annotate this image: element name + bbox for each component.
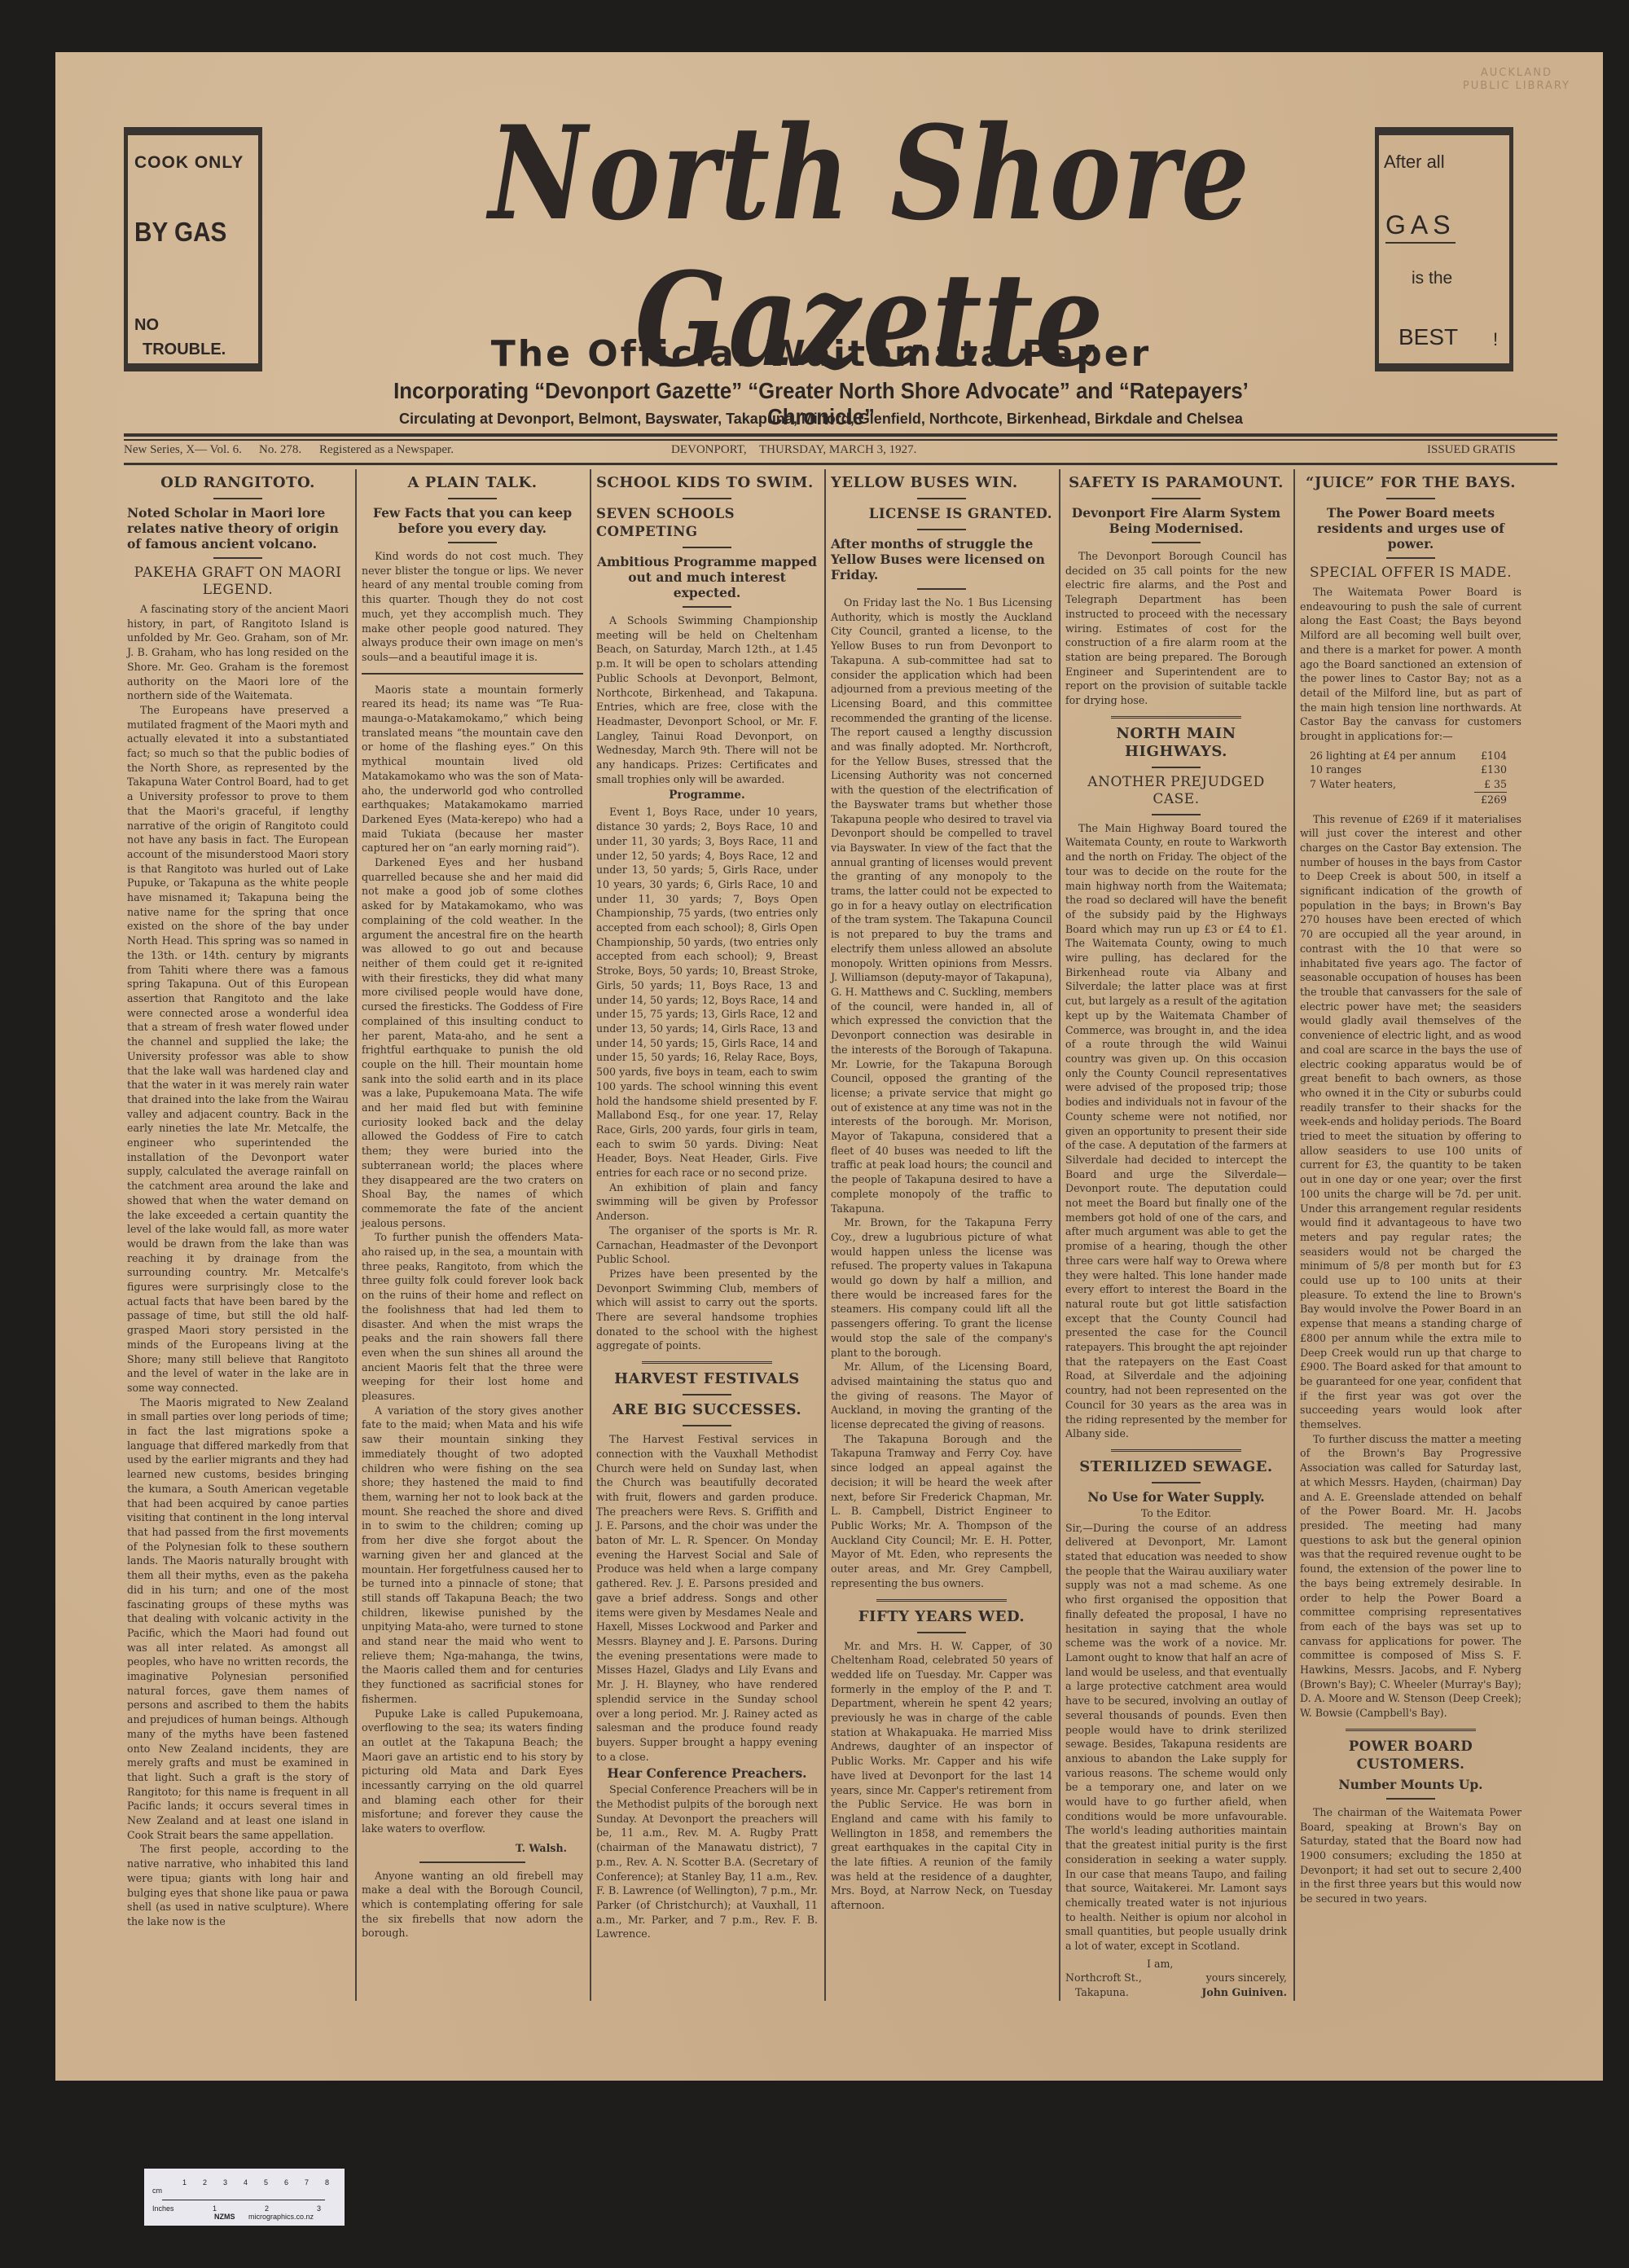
column-2: A PLAIN TALK. Few Facts that you can kee… [362, 469, 583, 1941]
rule [1386, 498, 1435, 499]
rule [683, 498, 731, 499]
issue-date: THURSDAY, MARCH 3, 1927. [759, 443, 916, 457]
cm-tick: 5 [264, 2178, 268, 2187]
right-ear-line5: ! [1493, 329, 1498, 350]
programme-label: Programme. [596, 788, 818, 803]
deck-safety: Devonport Fire Alarm System Being Modern… [1065, 505, 1287, 536]
rule [448, 542, 497, 543]
column-divider [355, 469, 357, 2001]
deck-rangitoto: Noted Scholar in Maori lore relates nati… [127, 505, 349, 552]
rule [1152, 1482, 1201, 1483]
headline-school-kids: SCHOOL KIDS TO SWIM. [596, 474, 818, 492]
cm-label: cm [152, 2187, 162, 2195]
deck-juice: The Power Board meets residents and urge… [1300, 505, 1521, 552]
column-divider [1059, 469, 1060, 2001]
ledger-total-row: £269 [1310, 793, 1521, 807]
column-6: “JUICE” FOR THE BAYS. The Power Board me… [1300, 469, 1521, 1906]
column-divider [1293, 469, 1295, 2001]
rule [683, 1394, 731, 1396]
deck-customers: Number Mounts Up. [1300, 1777, 1521, 1792]
rule [917, 498, 966, 499]
ruler-brand: NZMS micrographics.co.nz [214, 2213, 314, 2221]
column-1: OLD RANGITOTO. Noted Scholar in Maori lo… [127, 469, 349, 1929]
headline-yellow-buses: YELLOW BUSES WIN. [831, 474, 1052, 492]
series-volume: New Series, X— Vol. 6. [124, 443, 242, 457]
ledger-row: 7 Water heaters,£ 35 [1310, 777, 1521, 792]
paragraph: Pupuke Lake is called Pupukemoana, overf… [362, 1707, 583, 1836]
dateline: New Series, X— Vol. 6. No. 278. Register… [124, 442, 1557, 459]
paragraph: On Friday last the No. 1 Bus Licensing A… [831, 596, 1052, 1215]
inch-tick: 1 [213, 2204, 217, 2213]
paragraph: A variation of the story gives another f… [362, 1404, 583, 1707]
dateline-place: DEVONPORT, [671, 443, 747, 457]
paragraph: The organiser of the sports is Mr. R. Ca… [596, 1224, 818, 1267]
paragraph: Mr. Allum, of the Licensing Board, advis… [831, 1360, 1052, 1432]
headline-customers: POWER BOARD CUSTOMERS. [1300, 1738, 1521, 1774]
paragraph: Darkened Eyes and her husband quarrelled… [362, 855, 583, 1230]
library-stamp: AUCKLAND PUBLIC LIBRARY [1463, 67, 1570, 93]
letter-signature: John Guiniven. [1201, 1985, 1287, 2000]
paragraph: Mr. and Mrs. H. W. Capper, of 30 Chelten… [831, 1639, 1052, 1913]
issue-price: ISSUED GRATIS [1427, 443, 1516, 457]
inches-label: Inches [152, 2204, 174, 2213]
paragraph: A Schools Swimming Championship meeting … [596, 613, 818, 786]
paragraph: The Main Highway Board toured the Waitem… [1065, 821, 1287, 1441]
cm-tick: 6 [284, 2178, 288, 2187]
ledger-row: 26 lighting at £4 per annum£104 [1310, 749, 1521, 763]
registered-note: Registered as a Newspaper. [319, 443, 454, 457]
rule [448, 498, 497, 499]
right-ear-line1: After all [1384, 152, 1445, 173]
scale-ruler: cm Inches 1 2 3 4 5 6 7 8 1 2 3 NZMS mic… [144, 2169, 345, 2226]
paragraph: The Devonport Borough Council has decide… [1065, 549, 1287, 708]
rule [917, 588, 966, 590]
rule [1386, 557, 1435, 559]
subhead-seven-schools: SEVEN SCHOOLS COMPETING [596, 505, 818, 541]
section-rule [362, 673, 583, 675]
rule [683, 1425, 731, 1426]
rule [213, 498, 262, 499]
deck-sewage: No Use for Water Supply. [1065, 1489, 1287, 1505]
headline-juice: “JUICE” FOR THE BAYS. [1300, 474, 1521, 492]
applications-ledger: 26 lighting at £4 per annum£104 10 range… [1310, 749, 1521, 807]
letter-closing: I am, [1065, 1957, 1287, 1971]
paragraph-firebell: Anyone wanting an old firebell may make … [362, 1869, 583, 1941]
paragraph: Maoris state a mountain formerly reared … [362, 683, 583, 855]
deck-swim: Ambitious Programme mapped out and much … [596, 554, 818, 600]
newspaper-subtitle: The Official Waitemata Paper [300, 333, 1342, 375]
paragraph: The Harvest Festival services in connect… [596, 1432, 818, 1764]
headline-highways: NORTH MAIN HIGHWAYS. [1065, 725, 1287, 761]
rule [1152, 767, 1201, 768]
paragraph: Mr. Brown, for the Takapuna Ferry Coy., … [831, 1215, 1052, 1360]
paragraph: Prizes have been presented by the Devonp… [596, 1267, 818, 1353]
cm-tick: 1 [182, 2178, 187, 2187]
headline-fifty-years: FIFTY YEARS WED. [831, 1608, 1052, 1626]
right-ear-advert: After all GAS is the BEST ! [1375, 127, 1513, 371]
paragraph: Kind words do not cost much. They never … [362, 549, 583, 665]
column-divider [824, 469, 826, 2001]
inch-tick: 2 [265, 2204, 269, 2213]
paragraph: The first people, according to the nativ… [127, 1842, 349, 1928]
letter-valediction: yours sincerely, [1206, 1971, 1287, 1985]
rule [1152, 498, 1201, 499]
masthead-rule-thin [124, 439, 1557, 441]
paragraph: The Maoris migrated to New Zealand in sm… [127, 1396, 349, 1843]
column-4: YELLOW BUSES WIN. LICENSE IS GRANTED. Af… [831, 469, 1052, 1913]
left-ear-line4: TROUBLE. [143, 341, 226, 359]
headline-safety: SAFETY IS PARAMOUNT. [1065, 474, 1287, 492]
paragraph: Sir,—During the course of an address del… [1065, 1521, 1287, 1954]
right-ear-line3: is the [1412, 269, 1452, 288]
paragraph: Event 1, Boys Race, under 10 years, dist… [596, 805, 818, 1180]
newspaper-page: AUCKLAND PUBLIC LIBRARY COOK ONLY BY GAS… [55, 52, 1603, 2081]
paragraph: The chairman of the Waitemata Power Boar… [1300, 1805, 1521, 1906]
left-ear-line3: NO [134, 316, 159, 335]
letter-address: Takapuna. [1065, 1985, 1129, 2000]
right-ear-line2: GAS [1385, 210, 1456, 244]
cm-tick: 4 [244, 2178, 248, 2187]
cm-tick: 7 [305, 2178, 309, 2187]
paragraph: To further punish the offenders Mata-aho… [362, 1230, 583, 1403]
double-rule [1111, 716, 1241, 719]
paragraph: To further discuss the matter a meeting … [1300, 1432, 1521, 1721]
masthead-rule [124, 433, 1557, 437]
deck-plain-talk: Few Facts that you can keep before you e… [362, 505, 583, 536]
subhead-pakeha-graft: PAKEHA GRAFT ON MAORI LEGEND. [127, 565, 349, 599]
letter-signoff: Takapuna. John Guiniven. [1065, 1985, 1287, 2000]
rule [917, 1632, 966, 1633]
rule [683, 606, 731, 608]
headline-old-rangitoto: OLD RANGITOTO. [127, 474, 349, 492]
ruler-line [162, 2200, 325, 2200]
headline-sewage: STERILIZED SEWAGE. [1065, 1458, 1287, 1476]
subhead-harvest: ARE BIG SUCCESSES. [596, 1401, 818, 1419]
paragraph: This revenue of £269 if it materialises … [1300, 812, 1521, 1432]
byline-t-walsh: T. Walsh. [362, 1841, 567, 1856]
rule [1152, 542, 1201, 543]
deck-buses: After months of struggle the Yellow Buse… [831, 536, 1052, 582]
inch-tick: 3 [317, 2204, 321, 2213]
paragraph: A fascinating story of the ancient Maori… [127, 602, 349, 703]
right-ear-line4: BEST [1398, 324, 1458, 350]
to-the-editor: To the Editor. [1065, 1506, 1287, 1521]
letter-signoff: Northcroft St., yours sincerely, [1065, 1971, 1287, 1985]
cm-tick: 2 [203, 2178, 207, 2187]
rule [1152, 814, 1201, 815]
ledger-row: 10 ranges£130 [1310, 763, 1521, 777]
double-rule [1111, 1449, 1241, 1452]
column-3: SCHOOL KIDS TO SWIM. SEVEN SCHOOLS COMPE… [596, 469, 818, 1941]
column-5: SAFETY IS PARAMOUNT. Devonport Fire Alar… [1065, 469, 1287, 2000]
paragraph: Special Conference Preachers will be in … [596, 1782, 818, 1941]
paragraph: The Takapuna Borough and the Takapuna Tr… [831, 1432, 1052, 1591]
paragraph: An exhibition of plain and fancy swimmin… [596, 1180, 818, 1224]
rule [917, 529, 966, 530]
cm-tick: 8 [325, 2178, 329, 2187]
headline-plain-talk: A PLAIN TALK. [362, 474, 583, 492]
subhead-license-granted: LICENSE IS GRANTED. [831, 505, 1052, 523]
ledger-total: £269 [1481, 793, 1507, 807]
rule [1386, 1798, 1435, 1800]
double-rule [642, 1361, 772, 1364]
rule [419, 1861, 525, 1863]
left-ear-line1: COOK ONLY [134, 153, 244, 173]
issue-number: No. 278. [259, 443, 301, 457]
circulating-line: Circulating at Devonport, Belmont, Baysw… [300, 411, 1342, 428]
left-ear-advert: COOK ONLY BY GAS NO TROUBLE. [124, 127, 262, 371]
cm-tick: 3 [223, 2178, 227, 2187]
paragraph: The Waitemata Power Board is endeavourin… [1300, 585, 1521, 744]
paragraph: The Europeans have preserved a mutilated… [127, 703, 349, 1396]
dateline-rule [124, 463, 1557, 465]
subhead-prejudged: ANOTHER PREJUDGED CASE. [1065, 774, 1287, 808]
rule [213, 557, 262, 559]
column-divider [590, 469, 591, 2001]
subhead-special-offer: SPECIAL OFFER IS MADE. [1300, 565, 1521, 582]
letter-address: Northcroft St., [1065, 1971, 1142, 1985]
headline-harvest: HARVEST FESTIVALS [596, 1370, 818, 1388]
double-rule [1346, 1729, 1476, 1731]
subhead-conference-preachers: Hear Conference Preachers. [596, 1765, 818, 1781]
left-ear-line2: BY GAS [134, 217, 226, 248]
double-rule [876, 1599, 1007, 1602]
rule [683, 547, 731, 548]
